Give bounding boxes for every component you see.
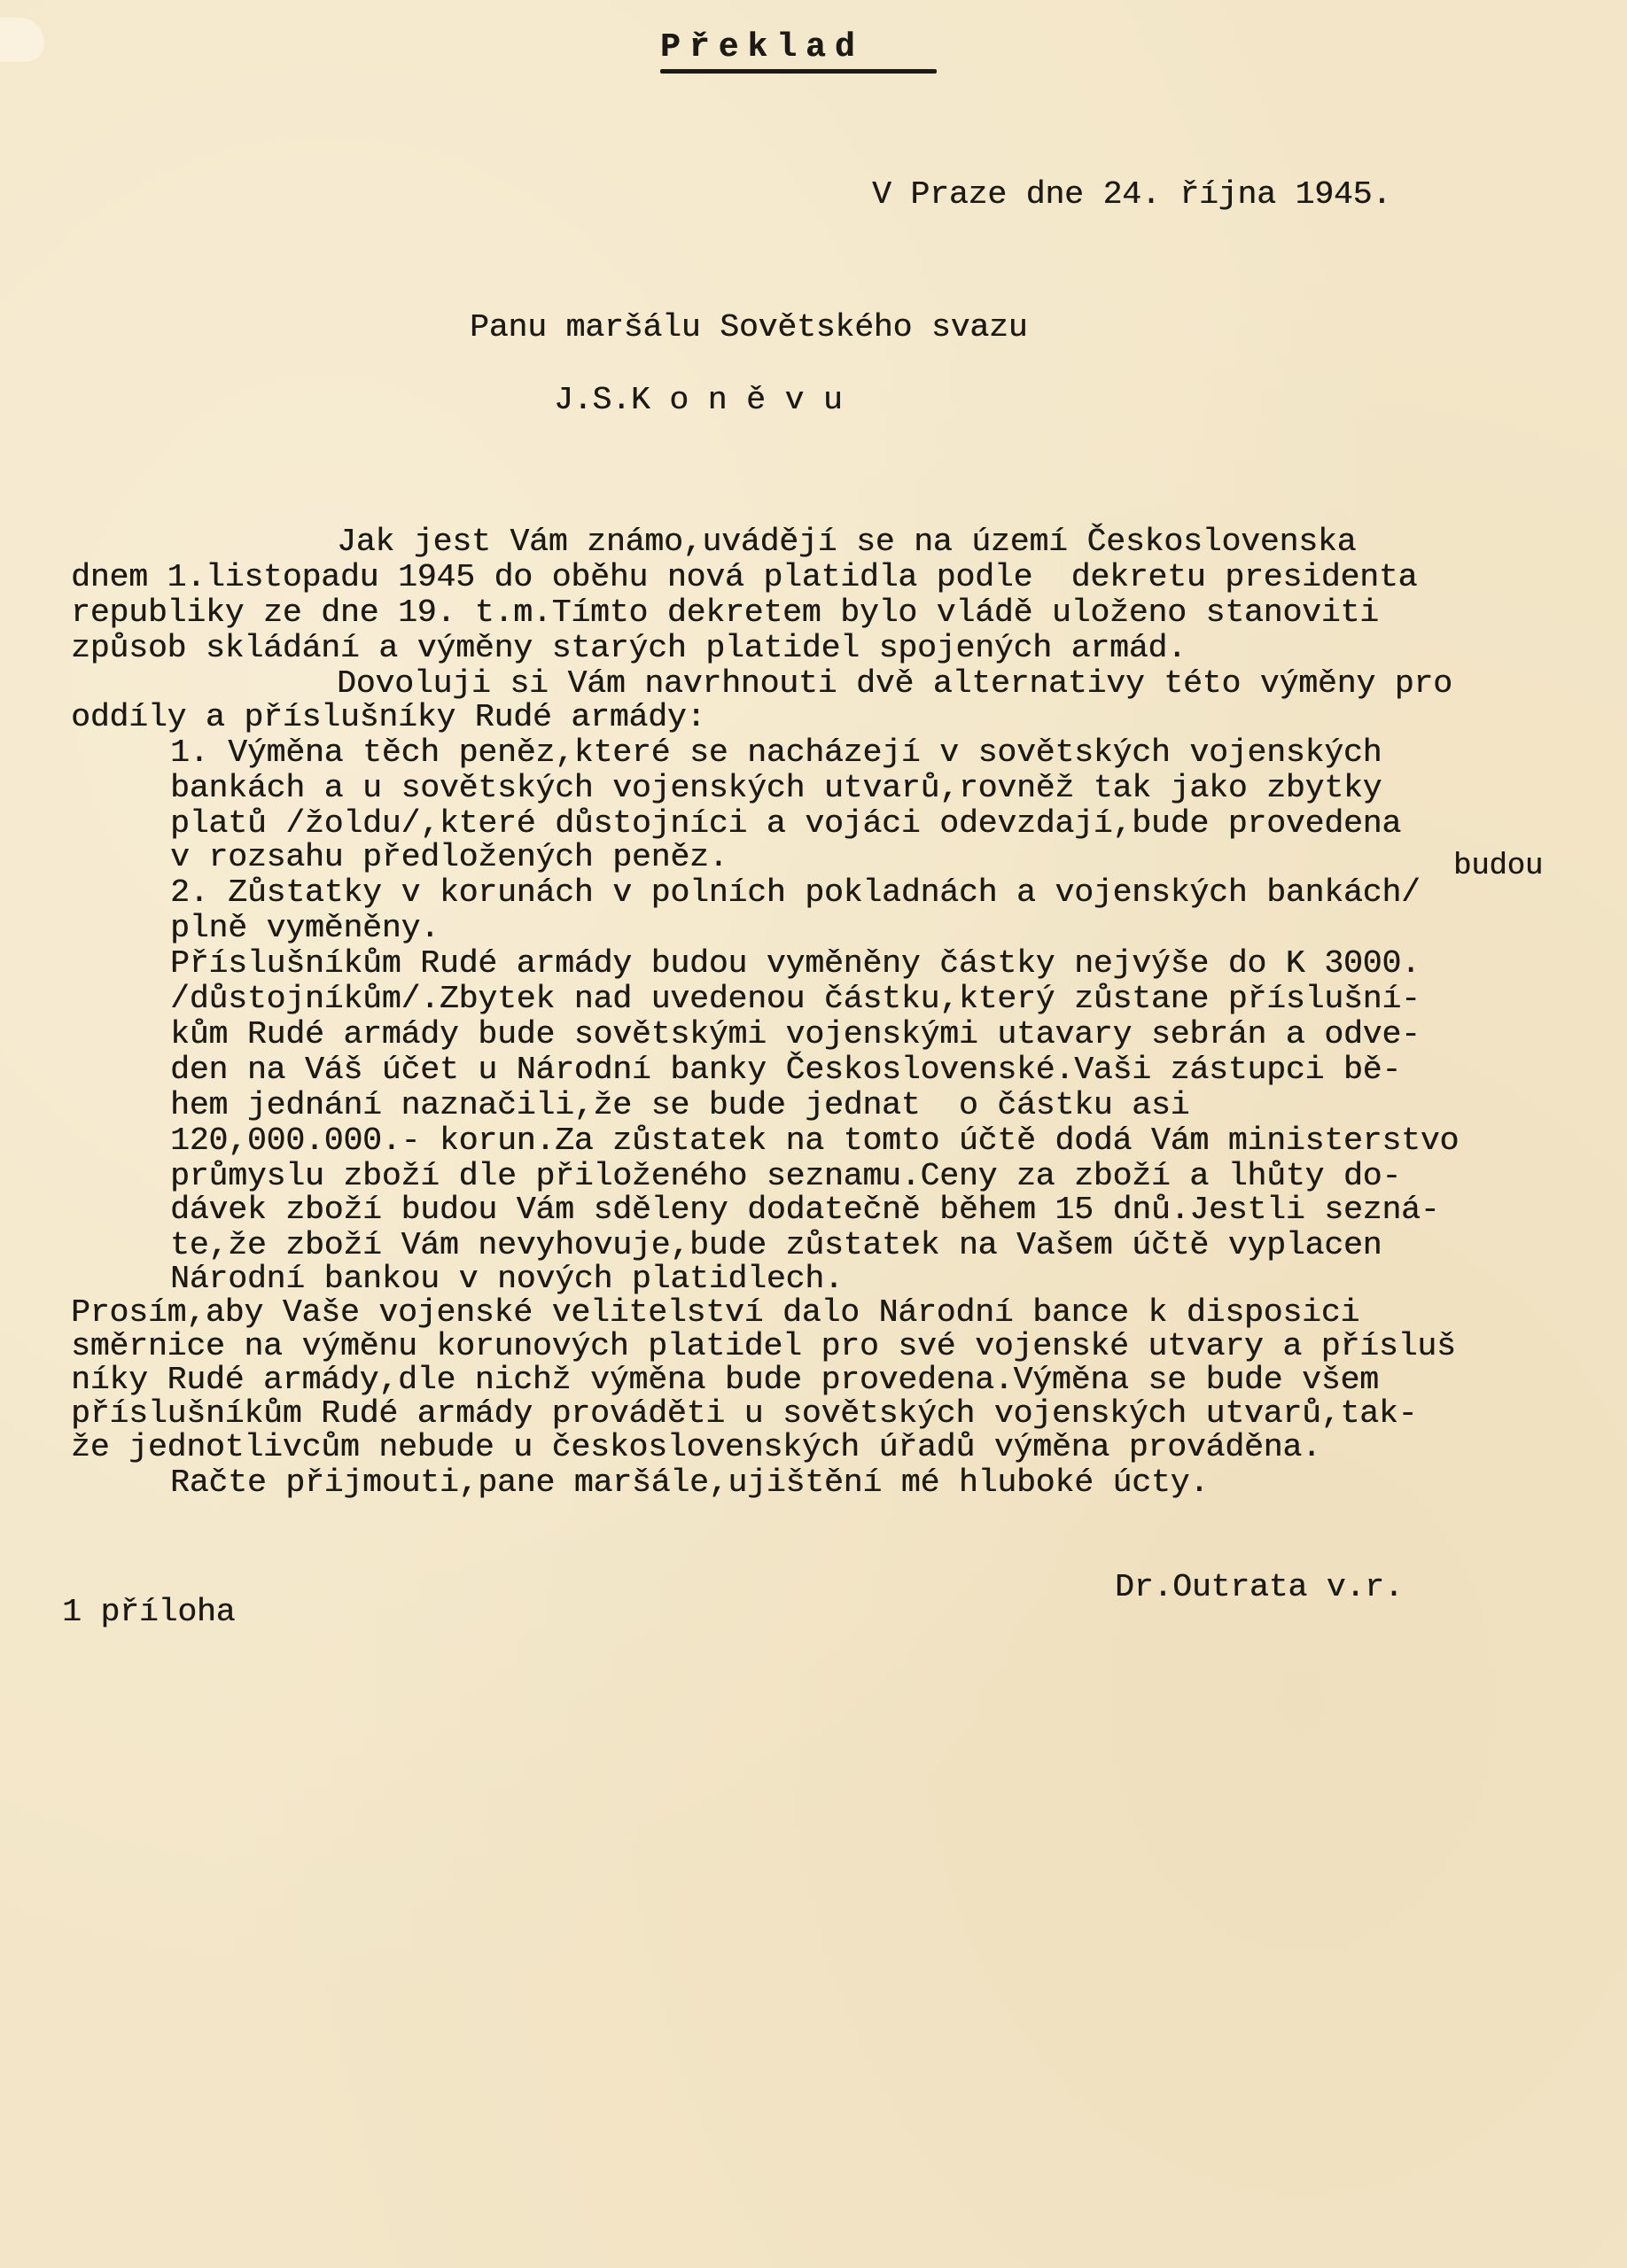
body-line: Jak jest Vám známo,uvádějí se na území Č… xyxy=(71,524,1356,560)
body-line: plně vyměněny. xyxy=(71,911,440,946)
body-line: bankách a u sovětských vojenských utvarů… xyxy=(71,771,1382,806)
signature: Dr.Outrata v.r. xyxy=(1115,1570,1404,1605)
paper-tear-mark xyxy=(0,18,44,62)
title-underline xyxy=(660,69,937,74)
body-line: kům Rudé armády bude sovětskými vojenský… xyxy=(71,1017,1421,1052)
body-line: způsob skládání a výměny starých platide… xyxy=(71,631,1187,666)
body-line: v rozsahu předložených peněz. xyxy=(71,840,728,875)
addressee-line-1: Panu maršálu Sovětského svazu xyxy=(470,310,1027,346)
handwritten-insert: budou xyxy=(1453,849,1543,884)
document-page: Překlad V Praze dne 24. října 1945. Panu… xyxy=(0,0,1627,2268)
body-line: že jednotlivcům nebude u československýc… xyxy=(71,1430,1321,1465)
body-line: oddíly a příslušníky Rudé armády: xyxy=(71,700,705,735)
body-line: níky Rudé armády,dle nichž výměna bude p… xyxy=(71,1363,1379,1398)
body-line: průmyslu zboží dle přiloženého seznamu.C… xyxy=(71,1159,1401,1194)
body-line: republiky ze dne 19. t.m.Tímto dekretem … xyxy=(71,595,1379,631)
body-line: 1. Výměna těch peněz,které se nacházejí … xyxy=(71,735,1382,771)
body-line: Prosím,aby Vaše vojenské velitelství dal… xyxy=(71,1295,1359,1331)
body-line: /důstojníkům/.Zbytek nad uvedenou částku… xyxy=(71,982,1421,1017)
body-line: den na Váš účet u Národní banky Českoslo… xyxy=(71,1052,1401,1088)
body-line: příslušníkům Rudé armády prováděti u sov… xyxy=(71,1396,1417,1432)
date-line: V Praze dne 24. října 1945. xyxy=(872,177,1391,213)
body-line: Dovoluji si Vám navrhnouti dvě alternati… xyxy=(71,666,1452,702)
body-line: te,že zboží Vám nevyhovuje,bude zůstatek… xyxy=(71,1228,1382,1263)
body-line: Národní bankou v nových platidlech. xyxy=(71,1262,844,1297)
closing-line: Račte přijmouti,pane maršále,ujištění mé… xyxy=(71,1465,1209,1501)
document-title: Překlad xyxy=(660,30,864,66)
body-line: dávek zboží budou Vám sděleny dodatečně … xyxy=(71,1192,1439,1228)
body-line: 120,000.000.- korun.Za zůstatek na tomto… xyxy=(71,1123,1459,1159)
body-line: směrnice na výměnu korunových platidel p… xyxy=(71,1329,1456,1364)
body-line: hem jednání naznačili,že se bude jednat … xyxy=(71,1088,1189,1123)
body-line: dnem 1.listopadu 1945 do oběhu nová plat… xyxy=(71,560,1417,595)
body-line: platů /žoldu/,které důstojníci a vojáci … xyxy=(71,806,1401,842)
attachment-note: 1 příloha xyxy=(62,1595,235,1630)
body-line: 2. Zůstatky v korunách v polních pokladn… xyxy=(71,875,1421,911)
addressee-line-2: J.S.K o n ě v u xyxy=(554,383,843,418)
body-line: Příslušníkům Rudé armády budou vyměněny … xyxy=(71,946,1421,982)
